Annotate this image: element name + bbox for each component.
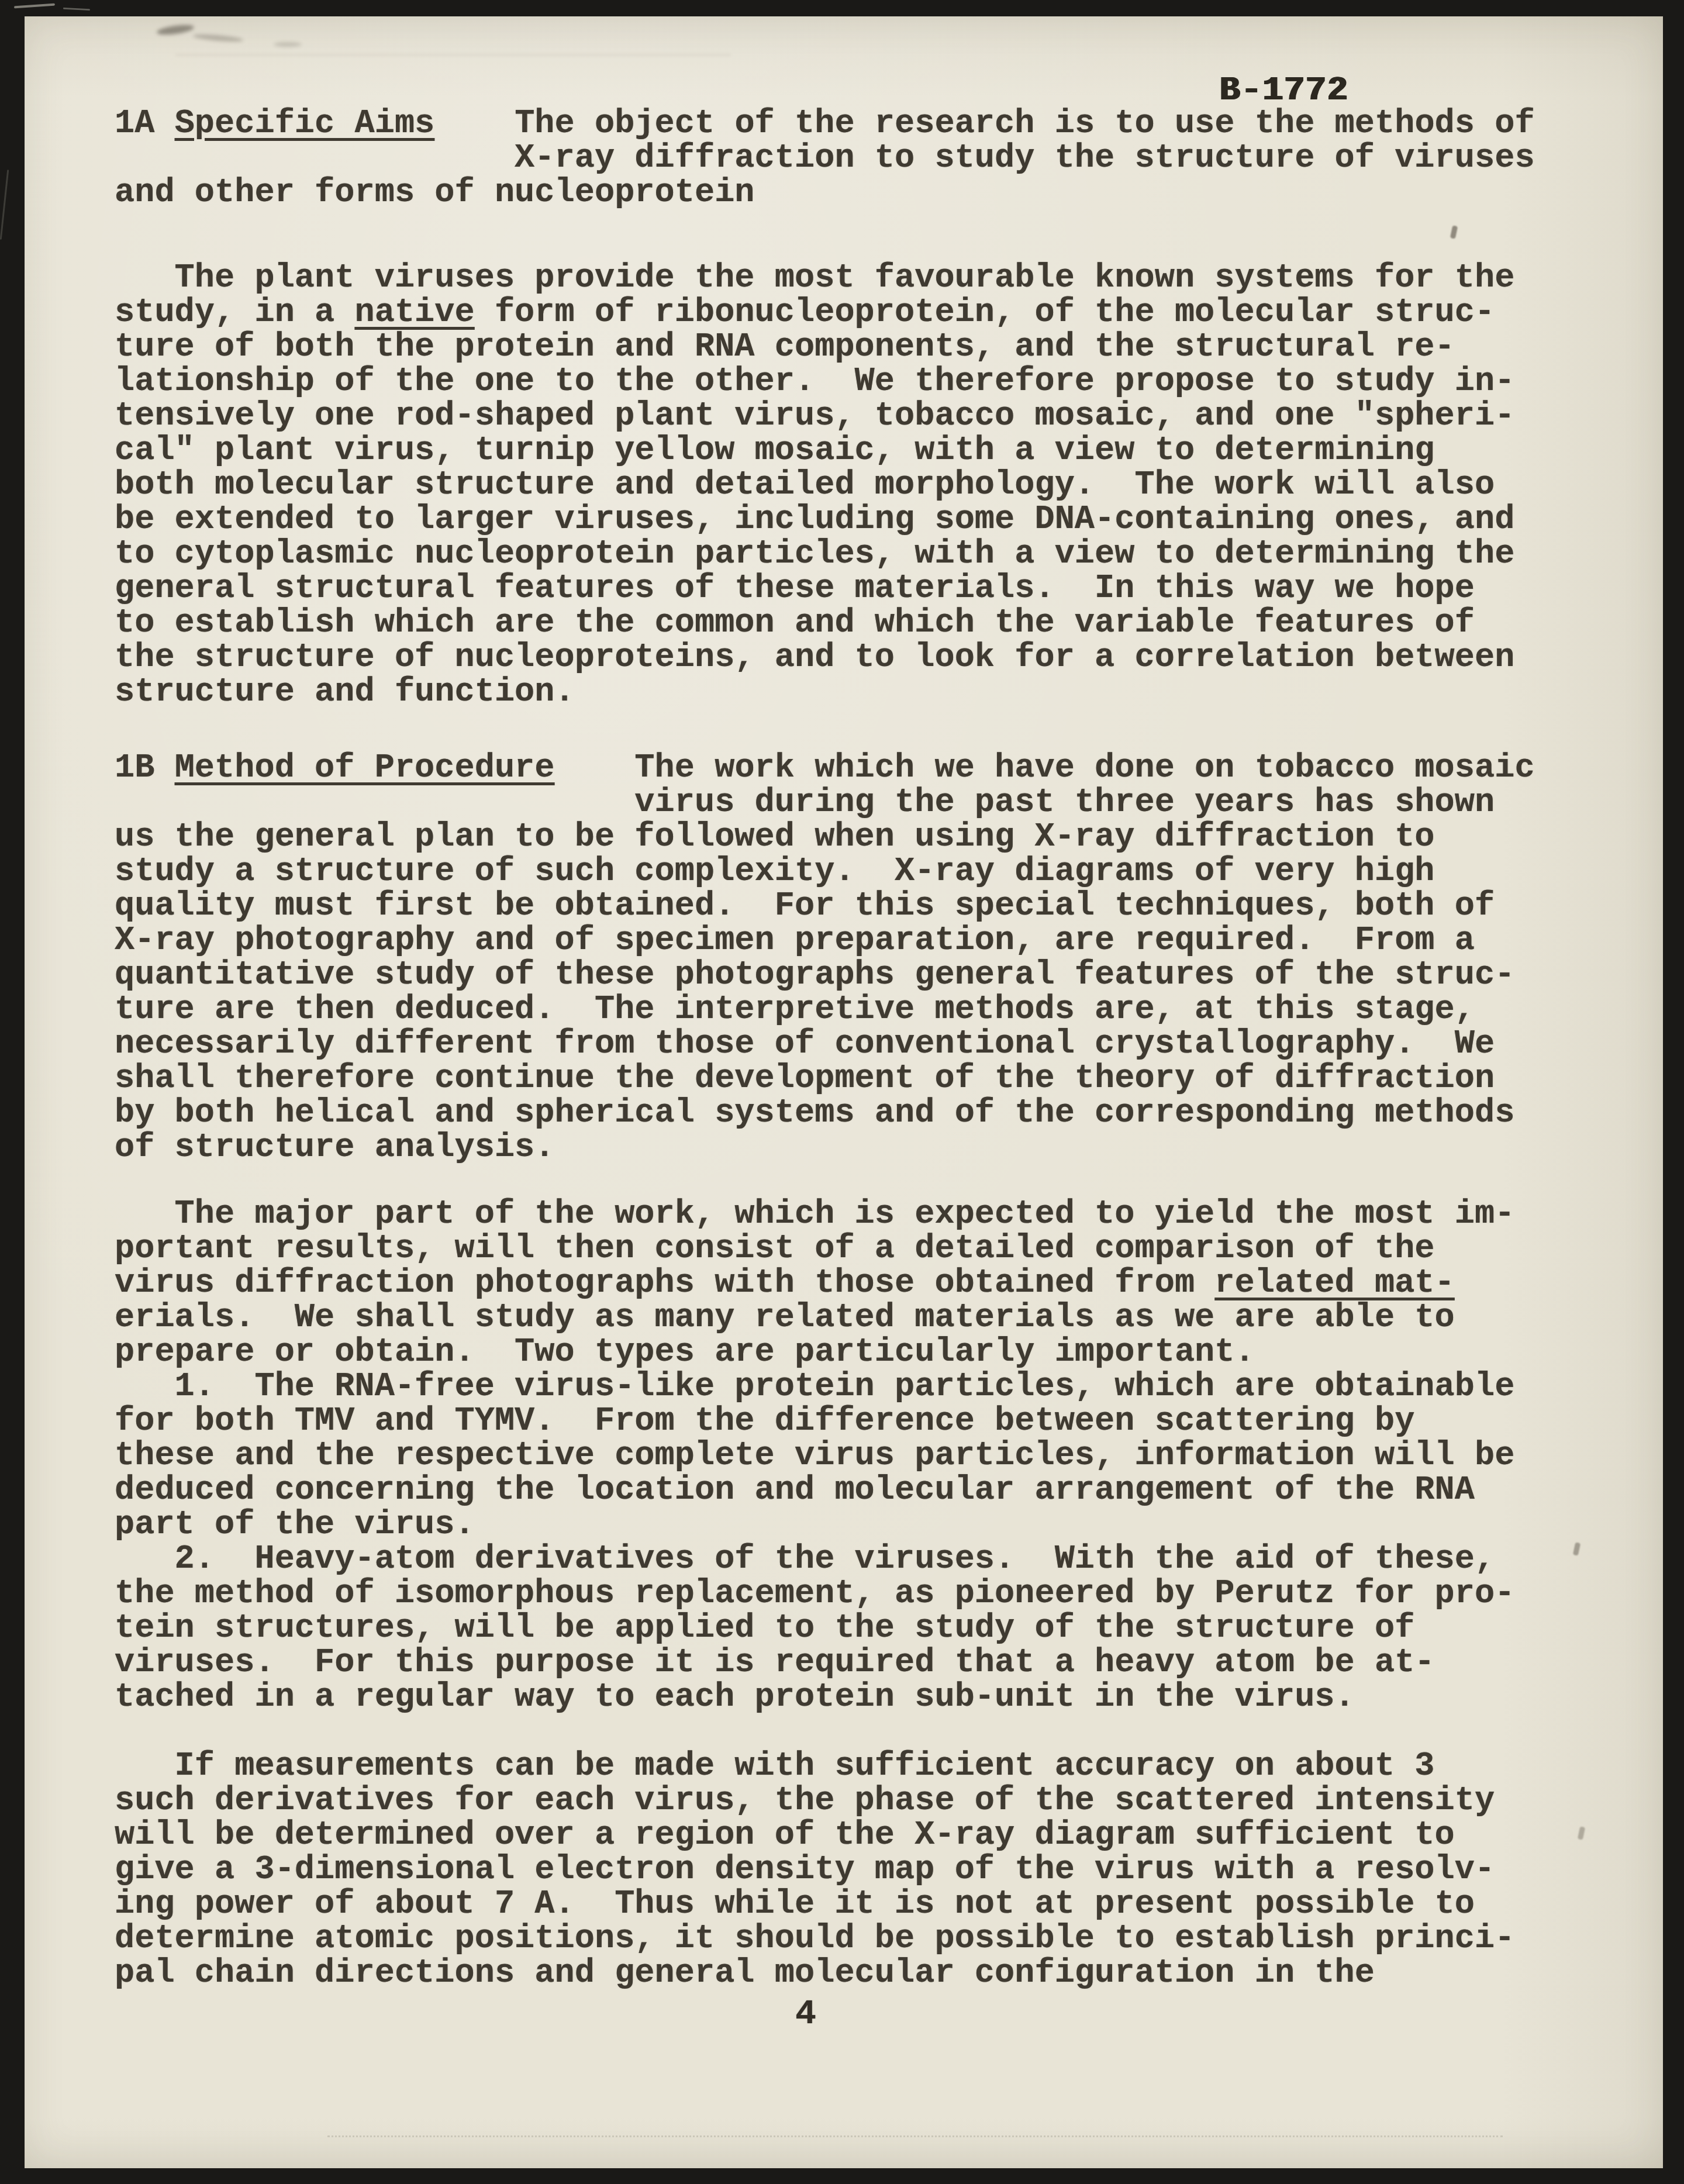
text-line: X-ray photography and of specimen prepar…: [115, 924, 1535, 958]
text-line: tein structures, will be applied to the …: [115, 1612, 1514, 1646]
text-line: be extended to larger viruses, including…: [115, 503, 1514, 537]
text-line: X-ray diffraction to study the structure…: [115, 142, 1535, 176]
text-line: tached in a regular way to each protein …: [115, 1681, 1514, 1715]
text-line: The major part of the work, which is exp…: [115, 1198, 1514, 1232]
text-line: of structure analysis.: [115, 1131, 1535, 1165]
scratch-mark: [0, 170, 9, 240]
text-line: will be determined over a region of the …: [115, 1819, 1514, 1853]
scratch-mark: [63, 8, 90, 11]
text-line: cal" plant virus, turnip yellow mosaic, …: [115, 434, 1514, 468]
section-method-of-procedure: 1B Method of Procedure The work which we…: [115, 751, 1535, 1165]
text-line: If measurements can be made with suffici…: [115, 1750, 1514, 1784]
text-line: pal chain directions and general molecul…: [115, 1957, 1514, 1991]
text-line: ing power of about 7 A. Thus while it is…: [115, 1888, 1514, 1922]
text-line: determine atomic positions, it should be…: [115, 1922, 1514, 1957]
grant-number: B-1772: [1220, 74, 1349, 109]
section-comparison: The major part of the work, which is exp…: [115, 1198, 1514, 1715]
text-line: 1A Specific Aims The object of the resea…: [115, 107, 1535, 142]
text-line: virus during the past three years has sh…: [115, 786, 1535, 820]
text-line: study, in a native form of ribonucleopro…: [115, 296, 1514, 330]
text-line: necessarily different from those of conv…: [115, 1027, 1535, 1062]
text-line: portant results, will then consist of a …: [115, 1232, 1514, 1267]
text-line: the structure of nucleoproteins, and to …: [115, 641, 1514, 675]
text-line: deduced concerning the location and mole…: [115, 1474, 1514, 1508]
text-line: such derivatives for each virus, the pha…: [115, 1784, 1514, 1819]
text-line: general structural features of these mat…: [115, 572, 1514, 606]
text-line: to establish which are the common and wh…: [115, 606, 1514, 641]
scratch-mark: [14, 4, 55, 9]
text-line: structure and function.: [115, 675, 1514, 710]
text-line: quantitative study of these photographs …: [115, 958, 1535, 993]
text-line: by both helical and spherical systems an…: [115, 1096, 1535, 1131]
text-line: study a structure of such complexity. X-…: [115, 855, 1535, 889]
text-line: to cytoplasmic nucleoprotein particles, …: [115, 537, 1514, 572]
text-line: viruses. For this purpose it is required…: [115, 1646, 1514, 1681]
text-line: both molecular structure and detailed mo…: [115, 468, 1514, 503]
text-line: the method of isomorphous replacement, a…: [115, 1577, 1514, 1612]
text-line: quality must first be obtained. For this…: [115, 889, 1535, 924]
text-line: lationship of the one to the other. We t…: [115, 365, 1514, 399]
smudge-mark: [274, 42, 302, 47]
text-line: these and the respective complete virus …: [115, 1439, 1514, 1474]
section-measurements: If measurements can be made with suffici…: [115, 1750, 1514, 1991]
section-specific-aims: 1A Specific Aims The object of the resea…: [115, 107, 1535, 211]
scanned-document: B-1772 1A Specific Aims The object of th…: [0, 0, 1684, 2184]
text-line: 2. Heavy-atom derivatives of the viruses…: [115, 1543, 1514, 1577]
text-line: part of the virus.: [115, 1508, 1514, 1543]
text-line: for both TMV and TYMV. From the differen…: [115, 1405, 1514, 1439]
text-line: give a 3-dimensional electron density ma…: [115, 1853, 1514, 1888]
text-line: 1B Method of Procedure The work which we…: [115, 751, 1535, 786]
text-line: tensively one rod-shaped plant virus, to…: [115, 399, 1514, 434]
text-line: ture are then deduced. The interpretive …: [115, 993, 1535, 1027]
text-line: ture of both the protein and RNA compone…: [115, 330, 1514, 365]
text-line: prepare or obtain. Two types are particu…: [115, 1336, 1514, 1370]
page-number: 4: [795, 1996, 816, 2033]
paper-streak: [175, 54, 731, 56]
text-line: The plant viruses provide the most favou…: [115, 261, 1514, 296]
text-line: shall therefore continue the development…: [115, 1062, 1535, 1096]
text-line: virus diffraction photographs with those…: [115, 1267, 1514, 1301]
text-line: 1. The RNA-free virus-like protein parti…: [115, 1370, 1514, 1405]
text-line: erials. We shall study as many related m…: [115, 1301, 1514, 1336]
scan-dotted-line: [327, 2135, 1503, 2137]
text-line: us the general plan to be followed when …: [115, 820, 1535, 855]
section-plant-viruses: The plant viruses provide the most favou…: [115, 261, 1514, 710]
text-line: and other forms of nucleoprotein: [115, 176, 1535, 211]
